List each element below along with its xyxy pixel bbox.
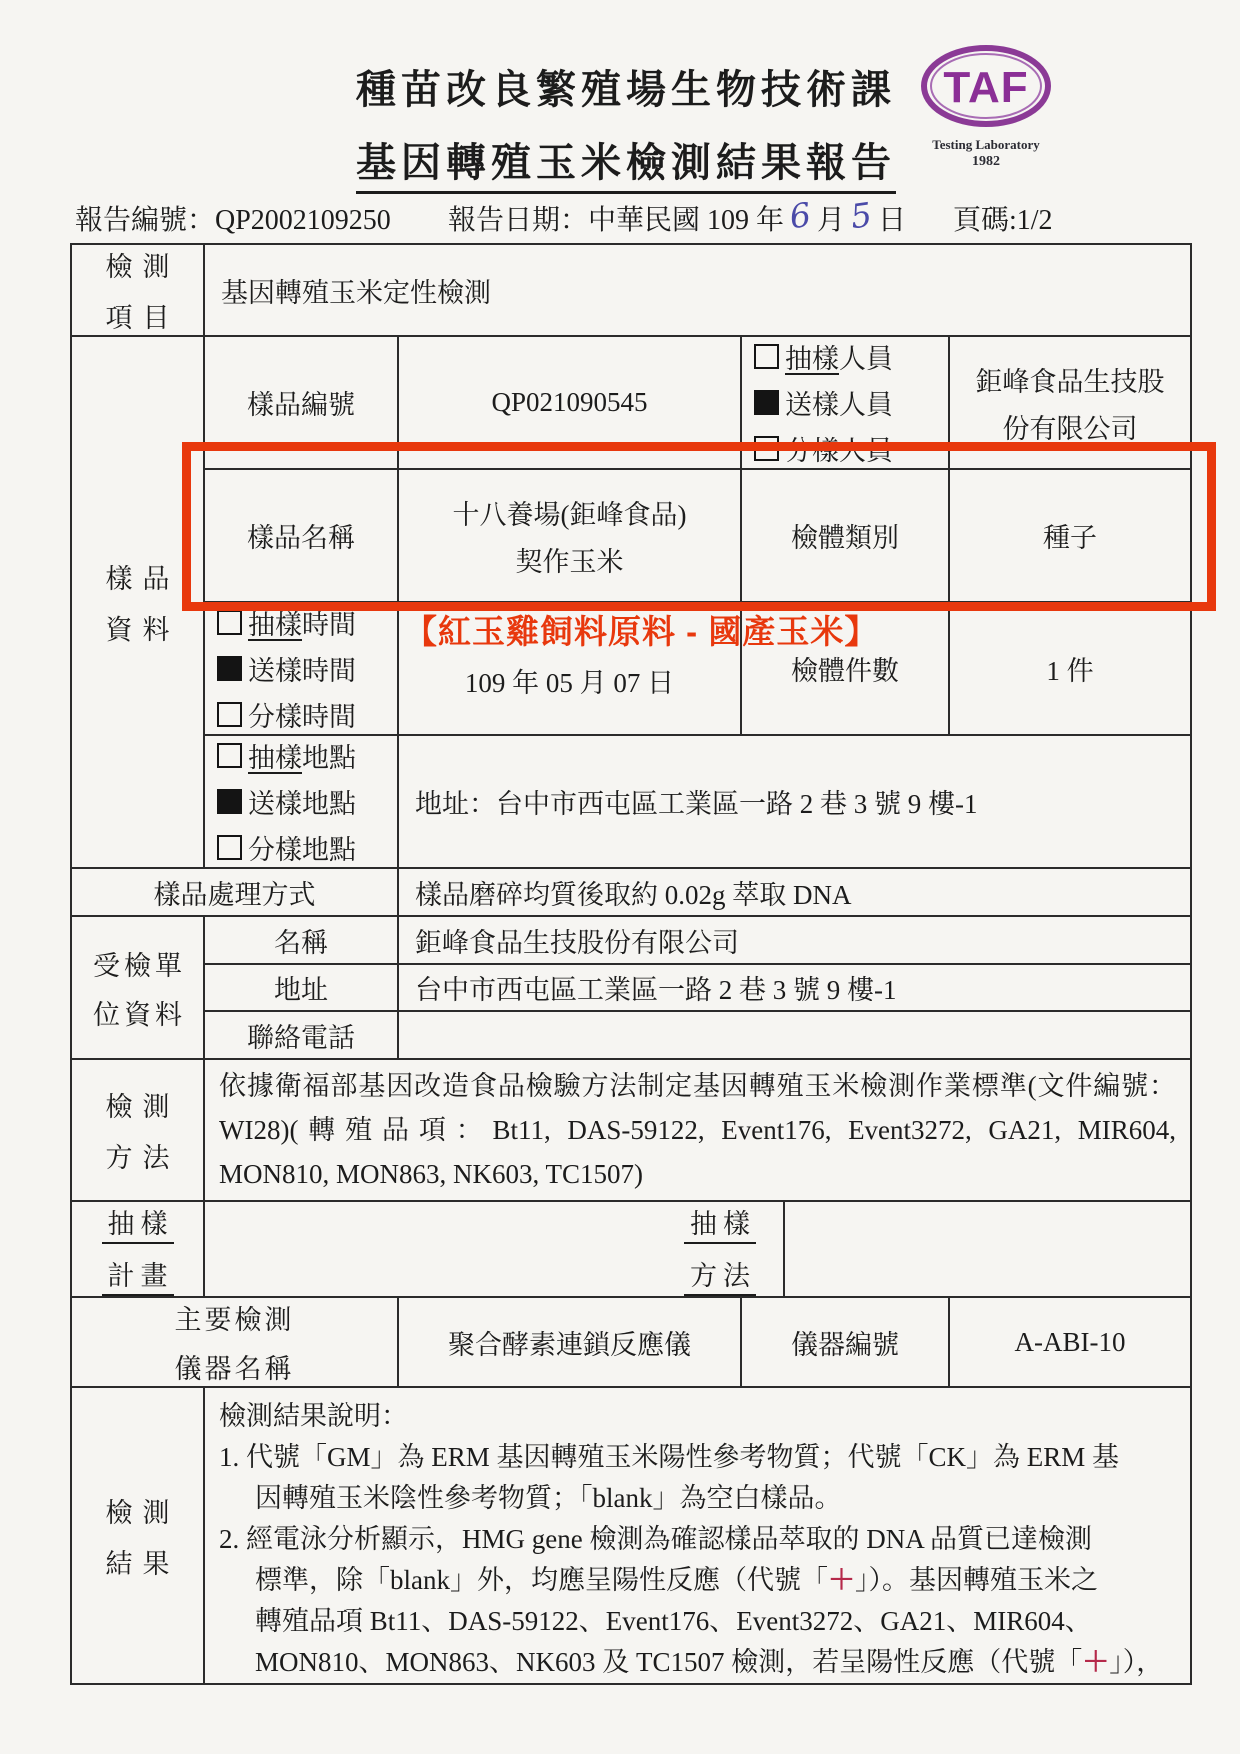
checkbox-unchecked-icon — [217, 610, 242, 635]
client-company-name: 鉅峰食品生技股 份有限公司 — [949, 336, 1191, 469]
sample-no-label: 樣品編號 — [204, 336, 398, 469]
result-line: 標準，除「blank」外，均應呈陽性反應（代號「＋」）。基因轉殖玉米之 — [219, 1560, 1174, 1601]
option-label: 抽樣時間 — [248, 603, 356, 642]
option-label: 抽樣人員 — [785, 337, 893, 376]
sampling-plan-label: 抽樣 計畫 — [71, 1201, 204, 1297]
sample-name-value: 十八養場(鉅峰食品) 契作玉米 — [398, 469, 741, 602]
row-result: 檢測 結果 檢測結果說明： 1. 代號「GM」為 ERM 基因轉殖玉米陽性參考物… — [71, 1387, 1191, 1684]
location-checkbox-group: 抽樣地點 送樣地點 分樣地點 — [204, 735, 398, 868]
checkbox-checked-icon — [754, 390, 779, 415]
processing-label: 樣品處理方式 — [71, 868, 398, 916]
scanned-report-page: 種苗改良繁殖場生物技術課 基因轉殖玉米檢測結果報告 TAF Testing La… — [0, 0, 1240, 1754]
processing-value: 樣品磨碎均質後取約 0.02g 萃取 DNA — [398, 868, 1191, 916]
checkbox-unchecked-icon — [754, 344, 779, 369]
specimen-count-value: 1 件 — [949, 602, 1191, 735]
specimen-type-value: 種子 — [949, 469, 1191, 602]
page-number: 頁碼:1/2 — [953, 198, 1053, 238]
report-header: 種苗改良繁殖場生物技術課 基因轉殖玉米檢測結果報告 — [356, 58, 896, 194]
page-title-line2: 基因轉殖玉米檢測結果報告 — [356, 131, 896, 194]
taf-logo-icon: TAF — [918, 44, 1054, 130]
result-notes: 檢測結果說明： 1. 代號「GM」為 ERM 基因轉殖玉米陽性參考物質；代號「C… — [204, 1387, 1191, 1684]
logo-caption: Testing Laboratory — [918, 137, 1054, 153]
handwritten-day: 5 — [842, 194, 880, 237]
report-meta-line: 報告編號：QP2002109250 報告日期：中華民國 109 年6月5日 頁碼… — [0, 198, 1240, 238]
sample-info-group-label: 樣品 資料 — [71, 336, 204, 868]
row-sampling: 抽樣 計畫 抽樣 方法 — [71, 1201, 1191, 1297]
time-option: 分樣時間 — [217, 695, 397, 734]
instrument-name: 聚合酵素連鎖反應儀 — [398, 1297, 741, 1387]
instrument-label: 主要檢測 儀器名稱 — [71, 1297, 398, 1387]
time-option: 抽樣時間 — [217, 603, 397, 642]
result-line: 2. 經電泳分析顯示，HMG gene 檢測為確認樣品萃取的 DNA 品質已達檢… — [219, 1519, 1174, 1560]
checkbox-unchecked-icon — [217, 835, 242, 860]
sample-no-value: QP021090545 — [398, 336, 741, 469]
positive-sign: ＋ — [828, 1565, 855, 1595]
result-line: 因轉殖玉米陰性參考物質；「blank」為空白樣品。 — [219, 1478, 1174, 1519]
checkbox-checked-icon — [217, 789, 242, 814]
option-label: 分樣地點 — [248, 828, 356, 867]
logo-year: 1982 — [918, 154, 1054, 170]
svg-text:TAF: TAF — [943, 63, 1028, 112]
location-option: 送樣地點 — [217, 782, 397, 821]
time-checkbox-group: 抽樣時間 送樣時間 分樣時間 — [204, 602, 398, 735]
checkbox-checked-icon — [217, 656, 242, 681]
client-phone-label: 聯絡電話 — [204, 1011, 398, 1059]
row-client-name: 受檢單 位資料 名稱 鉅峰食品生技股份有限公司 — [71, 916, 1191, 964]
row-instrument: 主要檢測 儀器名稱 聚合酵素連鎖反應儀 儀器編號 A-ABI-10 — [71, 1297, 1191, 1387]
result-line: MON810、MON863、NK603 及 TC1507 檢測，若呈陽性反應（代… — [219, 1642, 1174, 1683]
row-processing: 樣品處理方式 樣品磨碎均質後取約 0.02g 萃取 DNA — [71, 868, 1191, 916]
time-option: 送樣時間 — [217, 649, 397, 688]
specimen-type-label: 檢體類別 — [741, 469, 949, 602]
result-group-label: 檢測 結果 — [71, 1387, 204, 1684]
taf-accreditation-logo: TAF Testing Laboratory 1982 — [918, 44, 1054, 170]
checkbox-unchecked-icon — [217, 743, 242, 768]
personnel-option: 抽樣人員 — [754, 337, 948, 376]
method-value: 依據衛福部基因改造食品檢驗方法制定基因轉殖玉米檢測作業標準(文件編號：WI28)… — [204, 1059, 1191, 1201]
option-label: 分樣時間 — [248, 695, 356, 734]
client-name-value: 鉅峰食品生技股份有限公司 — [398, 916, 1191, 964]
test-item-value: 基因轉殖玉米定性檢測 — [204, 244, 1191, 336]
option-label: 送樣時間 — [248, 649, 356, 688]
page-title-line1: 種苗改良繁殖場生物技術課 — [356, 58, 896, 115]
option-label: 送樣人員 — [785, 383, 893, 422]
option-label: 分樣人員 — [785, 429, 893, 468]
row-sample-location: 抽樣地點 送樣地點 分樣地點 地址：台中市西屯區工業區一路 2 巷 3 號 9 … — [71, 735, 1191, 868]
row-sample-no: 樣品 資料 樣品編號 QP021090545 抽樣人員 送樣人員 — [71, 336, 1191, 469]
report-table: 檢測 項目 基因轉殖玉米定性檢測 樣品 資料 樣品編號 QP021090545 — [70, 243, 1192, 1685]
checkbox-unchecked-icon — [217, 702, 242, 727]
personnel-option: 分樣人員 — [754, 429, 948, 468]
option-label: 抽樣地點 — [248, 736, 356, 775]
client-address-value: 台中市西屯區工業區一路 2 巷 3 號 9 樓-1 — [398, 964, 1191, 1011]
client-group-label: 受檢單 位資料 — [71, 916, 204, 1059]
result-line: 轉殖品項 Bt11、DAS-59122、Event176、Event3272、G… — [219, 1601, 1174, 1642]
method-label: 檢測 方法 — [71, 1059, 204, 1201]
red-annotation-text: 【紅玉雞飼料原料 - 國產玉米】 — [404, 606, 878, 653]
option-label: 送樣地點 — [248, 782, 356, 821]
row-client-address: 地址 台中市西屯區工業區一路 2 巷 3 號 9 樓-1 — [71, 964, 1191, 1011]
handwritten-month: 6 — [781, 194, 819, 237]
instrument-code-label: 儀器編號 — [741, 1297, 949, 1387]
sample-address-value: 地址：台中市西屯區工業區一路 2 巷 3 號 9 樓-1 — [398, 735, 1191, 868]
row-test-item: 檢測 項目 基因轉殖玉米定性檢測 — [71, 244, 1191, 336]
row-sample-name: 樣品名稱 十八養場(鉅峰食品) 契作玉米 檢體類別 種子 — [71, 469, 1191, 602]
sampling-method-label: 抽樣 方法 — [657, 1202, 785, 1296]
row-client-phone: 聯絡電話 — [71, 1011, 1191, 1059]
sampling-cells: 抽樣 方法 — [204, 1201, 1191, 1297]
location-option: 抽樣地點 — [217, 736, 397, 775]
instrument-code-value: A-ABI-10 — [949, 1297, 1191, 1387]
personnel-checkbox-group: 抽樣人員 送樣人員 分樣人員 — [741, 336, 949, 469]
test-item-label: 檢測 項目 — [71, 244, 204, 336]
report-date: 報告日期：中華民國 109 年6月5日 — [448, 198, 906, 238]
client-phone-value — [398, 1011, 1191, 1059]
checkbox-unchecked-icon — [754, 436, 779, 461]
location-option: 分樣地點 — [217, 828, 397, 867]
personnel-option: 送樣人員 — [754, 383, 948, 422]
row-method: 檢測 方法 依據衛福部基因改造食品檢驗方法制定基因轉殖玉米檢測作業標準(文件編號… — [71, 1059, 1191, 1201]
sample-name-label: 樣品名稱 — [204, 469, 398, 602]
positive-sign: ＋ — [1082, 1647, 1109, 1677]
client-address-label: 地址 — [204, 964, 398, 1011]
result-line: 1. 代號「GM」為 ERM 基因轉殖玉米陽性參考物質；代號「CK」為 ERM … — [219, 1437, 1174, 1478]
result-heading: 檢測結果說明： — [219, 1396, 1174, 1437]
report-number: 報告編號：QP2002109250 — [75, 198, 391, 238]
client-name-label: 名稱 — [204, 916, 398, 964]
